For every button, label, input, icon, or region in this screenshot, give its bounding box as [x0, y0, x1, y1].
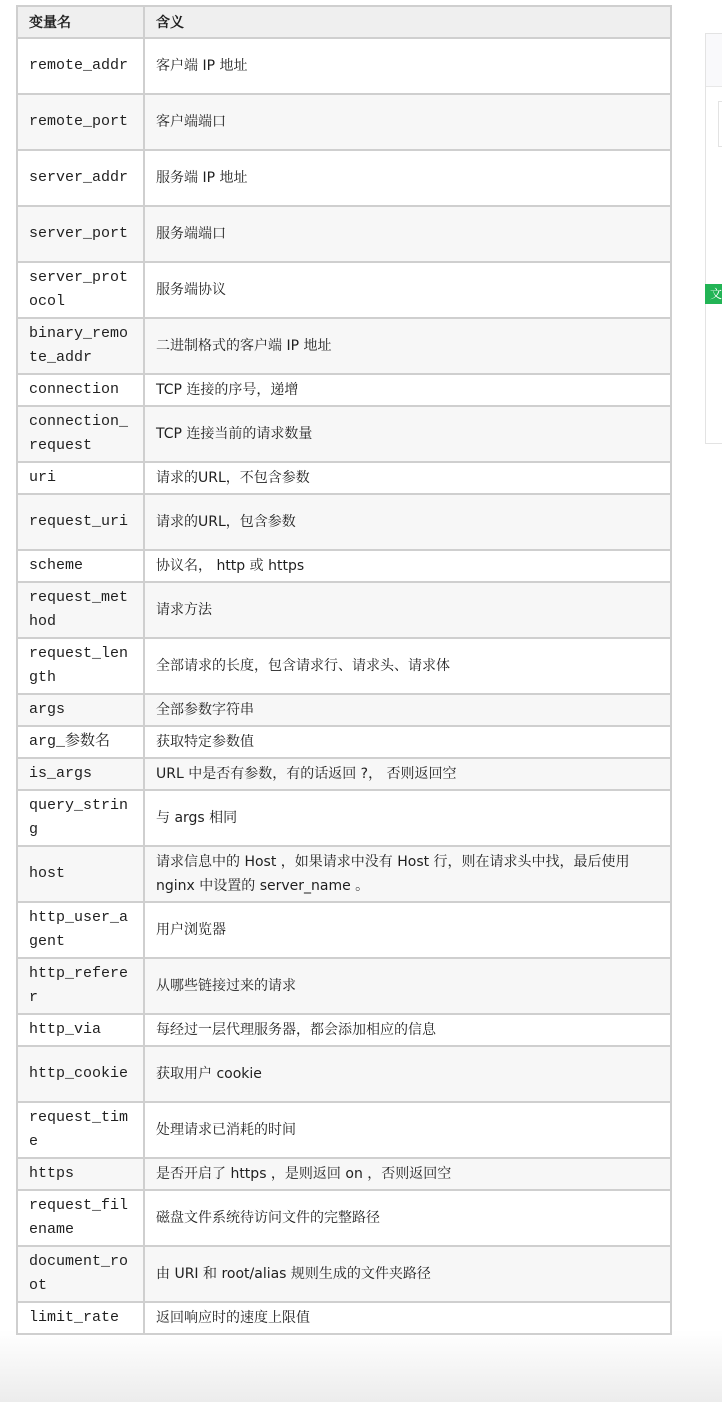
table-row: connectionTCP 连接的序号，递增: [17, 374, 671, 406]
table-row: is_argsURL 中是否有参数，有的话返回 ?， 否则返回空: [17, 758, 671, 790]
header-meaning: 含义: [144, 6, 671, 38]
table-row: limit_rate返回响应时的速度上限值: [17, 1302, 671, 1334]
variable-name: arg_参数名: [17, 726, 144, 758]
variable-meaning: 与 args 相同: [144, 790, 671, 846]
variable-meaning: TCP 连接当前的请求数量: [144, 406, 671, 462]
variable-name: host: [17, 846, 144, 902]
table-row: args全部参数字符串: [17, 694, 671, 726]
table-row: request_time处理请求已消耗的时间: [17, 1102, 671, 1158]
variable-name: uri: [17, 462, 144, 494]
variable-name: request_method: [17, 582, 144, 638]
variable-name: limit_rate: [17, 1302, 144, 1334]
variable-meaning: 服务端协议: [144, 262, 671, 318]
table-row: http_via每经过一层代理服务器，都会添加相应的信息: [17, 1014, 671, 1046]
table-row: https是否开启了 https ，是则返回 on ，否则返回空: [17, 1158, 671, 1190]
variable-meaning: 请求信息中的 Host ，如果请求中没有 Host 行，则在请求头中找，最后使用…: [144, 846, 671, 902]
variable-name: remote_port: [17, 94, 144, 150]
variable-meaning: 请求方法: [144, 582, 671, 638]
table-row: http_user_agent用户浏览器: [17, 902, 671, 958]
variable-meaning: 用户浏览器: [144, 902, 671, 958]
table-row: http_referer从哪些链接过来的请求: [17, 958, 671, 1014]
variable-name: query_string: [17, 790, 144, 846]
table-row: server_port服务端端口: [17, 206, 671, 262]
table-row: connection_requestTCP 连接当前的请求数量: [17, 406, 671, 462]
variable-meaning: 获取用户 cookie: [144, 1046, 671, 1102]
table-row: server_addr服务端 IP 地址: [17, 150, 671, 206]
variable-name: server_addr: [17, 150, 144, 206]
variable-name: request_time: [17, 1102, 144, 1158]
variable-meaning: 服务端端口: [144, 206, 671, 262]
variable-meaning: 客户端 IP 地址: [144, 38, 671, 94]
article-tag[interactable]: 文章: [705, 284, 722, 304]
variable-name: document_root: [17, 1246, 144, 1302]
variable-meaning: 处理请求已消耗的时间: [144, 1102, 671, 1158]
table-row: uri请求的URL，不包含参数: [17, 462, 671, 494]
table-row: request_length全部请求的长度，包含请求行、请求头、请求体: [17, 638, 671, 694]
variable-meaning: TCP 连接的序号，递增: [144, 374, 671, 406]
variable-meaning: 返回响应时的速度上限值: [144, 1302, 671, 1334]
variable-meaning: 二进制格式的客户端 IP 地址: [144, 318, 671, 374]
variable-meaning: 由 URI 和 root/alias 规则生成的文件夹路径: [144, 1246, 671, 1302]
variable-meaning: 服务端 IP 地址: [144, 150, 671, 206]
variable-name: scheme: [17, 550, 144, 582]
variable-name: connection: [17, 374, 144, 406]
table-row: remote_port客户端端口: [17, 94, 671, 150]
table-row: document_root由 URI 和 root/alias 规则生成的文件夹…: [17, 1246, 671, 1302]
header-variable-name: 变量名: [17, 6, 144, 38]
variable-name: server_port: [17, 206, 144, 262]
variable-meaning: 协议名， http 或 https: [144, 550, 671, 582]
variable-name: https: [17, 1158, 144, 1190]
variable-meaning: 请求的URL，不包含参数: [144, 462, 671, 494]
page-bottom-fade: [0, 1330, 722, 1402]
nginx-variables-table: 变量名 含义 remote_addr客户端 IP 地址 remote_port客…: [16, 5, 672, 1335]
variable-name: http_referer: [17, 958, 144, 1014]
table-row: query_string与 args 相同: [17, 790, 671, 846]
table-row: host请求信息中的 Host ，如果请求中没有 Host 行，则在请求头中找，…: [17, 846, 671, 902]
variable-meaning: 客户端端口: [144, 94, 671, 150]
table-row: arg_参数名获取特定参数值: [17, 726, 671, 758]
variable-meaning: URL 中是否有参数，有的话返回 ?， 否则返回空: [144, 758, 671, 790]
variable-name: request_uri: [17, 494, 144, 550]
variable-meaning: 获取特定参数值: [144, 726, 671, 758]
table-row: request_uri请求的URL，包含参数: [17, 494, 671, 550]
variable-name: binary_remote_addr: [17, 318, 144, 374]
variable-meaning: 每经过一层代理服务器，都会添加相应的信息: [144, 1014, 671, 1046]
table-header-row: 变量名 含义: [17, 6, 671, 38]
table-row: http_cookie获取用户 cookie: [17, 1046, 671, 1102]
variable-name: request_length: [17, 638, 144, 694]
side-panel-clipped: 文章: [705, 33, 722, 444]
table-row: binary_remote_addr二进制格式的客户端 IP 地址: [17, 318, 671, 374]
variable-meaning: 磁盘文件系统待访问文件的完整路径: [144, 1190, 671, 1246]
variable-name: is_args: [17, 758, 144, 790]
table-row: request_method请求方法: [17, 582, 671, 638]
variable-name: remote_addr: [17, 38, 144, 94]
table-row: remote_addr客户端 IP 地址: [17, 38, 671, 94]
variable-meaning: 请求的URL，包含参数: [144, 494, 671, 550]
variable-meaning: 全部参数字符串: [144, 694, 671, 726]
table-row: request_filename磁盘文件系统待访问文件的完整路径: [17, 1190, 671, 1246]
variable-name: request_filename: [17, 1190, 144, 1246]
variable-name: http_cookie: [17, 1046, 144, 1102]
variable-name: server_protocol: [17, 262, 144, 318]
side-panel-input[interactable]: [718, 101, 722, 147]
table-row: server_protocol服务端协议: [17, 262, 671, 318]
variable-name: http_via: [17, 1014, 144, 1046]
variable-meaning: 全部请求的长度，包含请求行、请求头、请求体: [144, 638, 671, 694]
variable-name: connection_request: [17, 406, 144, 462]
side-panel-header: [706, 34, 722, 87]
variable-meaning: 是否开启了 https ，是则返回 on ，否则返回空: [144, 1158, 671, 1190]
variable-name: http_user_agent: [17, 902, 144, 958]
table-row: scheme协议名， http 或 https: [17, 550, 671, 582]
variable-meaning: 从哪些链接过来的请求: [144, 958, 671, 1014]
variable-name: args: [17, 694, 144, 726]
